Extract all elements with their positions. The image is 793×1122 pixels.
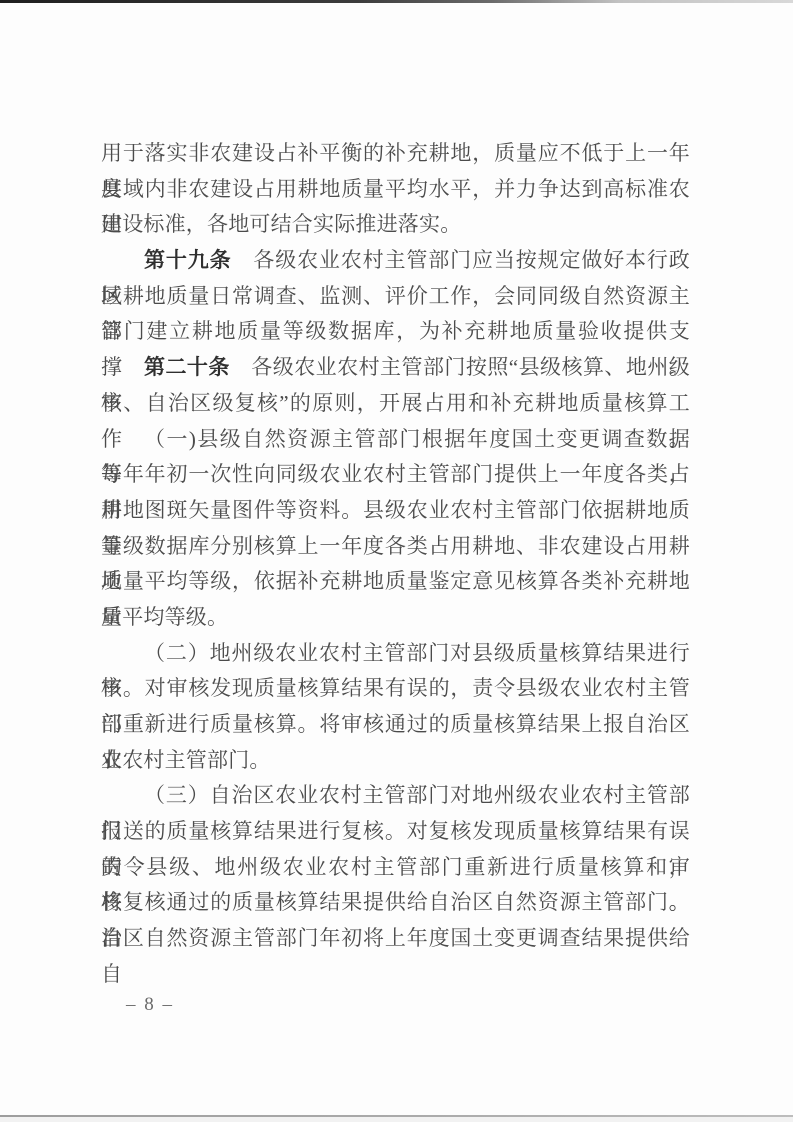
paragraph-item-2: （二）地州级农业农村主管部门对县级质量核算结果进行审 核。对审核发现质量核算结果… xyxy=(101,636,690,779)
text-line: 等级数据库分别核算上一年度各类占用耕地、非农建设占用耕地 xyxy=(101,529,690,565)
paragraph-continuation: 用于落实非农建设占补平衡的补充耕地，质量应不低于上一年度 县域内非农建设占用耕地… xyxy=(101,136,690,243)
text-line: 域耕地质量日常调查、监测、评价工作，会同同级自然资源主管 xyxy=(101,279,690,315)
scan-edge-below xyxy=(0,1117,793,1122)
text-line: 部门建立耕地质量等级数据库，为补充耕地质量验收提供支撑。 xyxy=(101,314,690,350)
text-line: （一)县级自然资源主管部门根据年度国土变更调查数据等， xyxy=(101,422,690,458)
article-20-number: 第二十条 xyxy=(144,355,230,379)
paragraph-item-1: （一)县级自然资源主管部门根据年度国土变更调查数据等， 每年年初一次性向同级农业… xyxy=(101,422,690,636)
text-line: 将复核通过的质量核算结果提供给自治区自然资源主管部门。自 xyxy=(101,885,690,921)
text-line: 量平均等级。 xyxy=(101,600,690,636)
text-line: （三）自治区农业农村主管部门对地州级农业农村主管部门 xyxy=(101,778,690,814)
scan-edge-top xyxy=(0,0,793,3)
paragraph-article-20: 第二十条 各级农业农村主管部门按照“县级核算、地州级审 核、自治区级复核”的原则… xyxy=(101,350,690,421)
scanned-document-page: 用于落实非农建设占补平衡的补充耕地，质量应不低于上一年度 县域内非农建设占用耕地… xyxy=(0,0,793,1122)
text-line: 责令县级、地州级农业农村主管部门重新进行质量核算和审核。 xyxy=(101,850,690,886)
text-line: 门重新进行质量核算。将审核通过的质量核算结果上报自治区农 xyxy=(101,707,690,743)
text-line: 建设标准，各地可结合实际推进落实。 xyxy=(101,207,690,243)
text-line: 核、自治区级复核”的原则，开展占用和补充耕地质量核算工作。 xyxy=(101,386,690,422)
text-line: 第二十条 各级农业农村主管部门按照“县级核算、地州级审 xyxy=(101,350,690,386)
paragraph-item-3: （三）自治区农业农村主管部门对地州级农业农村主管部门 报送的质量核算结果进行复核… xyxy=(101,778,690,956)
page-number: – 8 – xyxy=(126,994,174,1016)
text-line: 业农村主管部门。 xyxy=(101,743,690,779)
text-line: 报送的质量核算结果进行复核。对复核发现质量核算结果有误的， xyxy=(101,814,690,850)
text-line: 第十九条 各级农业农村主管部门应当按规定做好本行政区 xyxy=(101,243,690,279)
text-line: 耕地图斑矢量图件等资料。县级农业农村主管部门依据耕地质量 xyxy=(101,493,690,529)
paragraph-article-19: 第十九条 各级农业农村主管部门应当按规定做好本行政区 域耕地质量日常调查、监测、… xyxy=(101,243,690,350)
text-line: 县域内非农建设占用耕地质量平均水平，并力争达到高标准农田 xyxy=(101,172,690,208)
text-line: 用于落实非农建设占补平衡的补充耕地，质量应不低于上一年度 xyxy=(101,136,690,172)
text-line: 核。对审核发现质量核算结果有误的，责令县级农业农村主管部 xyxy=(101,671,690,707)
text-line: 每年年初一次性向同级农业农村主管部门提供上一年度各类占用 xyxy=(101,457,690,493)
text-line: 治区自然资源主管部门年初将上年度国土变更调查结果提供给自 xyxy=(101,921,690,957)
document-body: 用于落实非农建设占补平衡的补充耕地，质量应不低于上一年度 县域内非农建设占用耕地… xyxy=(101,136,690,957)
text-line: 质量平均等级，依据补充耕地质量鉴定意见核算各类补充耕地质 xyxy=(101,564,690,600)
article-19-number: 第十九条 xyxy=(144,248,231,272)
text-line: （二）地州级农业农村主管部门对县级质量核算结果进行审 xyxy=(101,636,690,672)
